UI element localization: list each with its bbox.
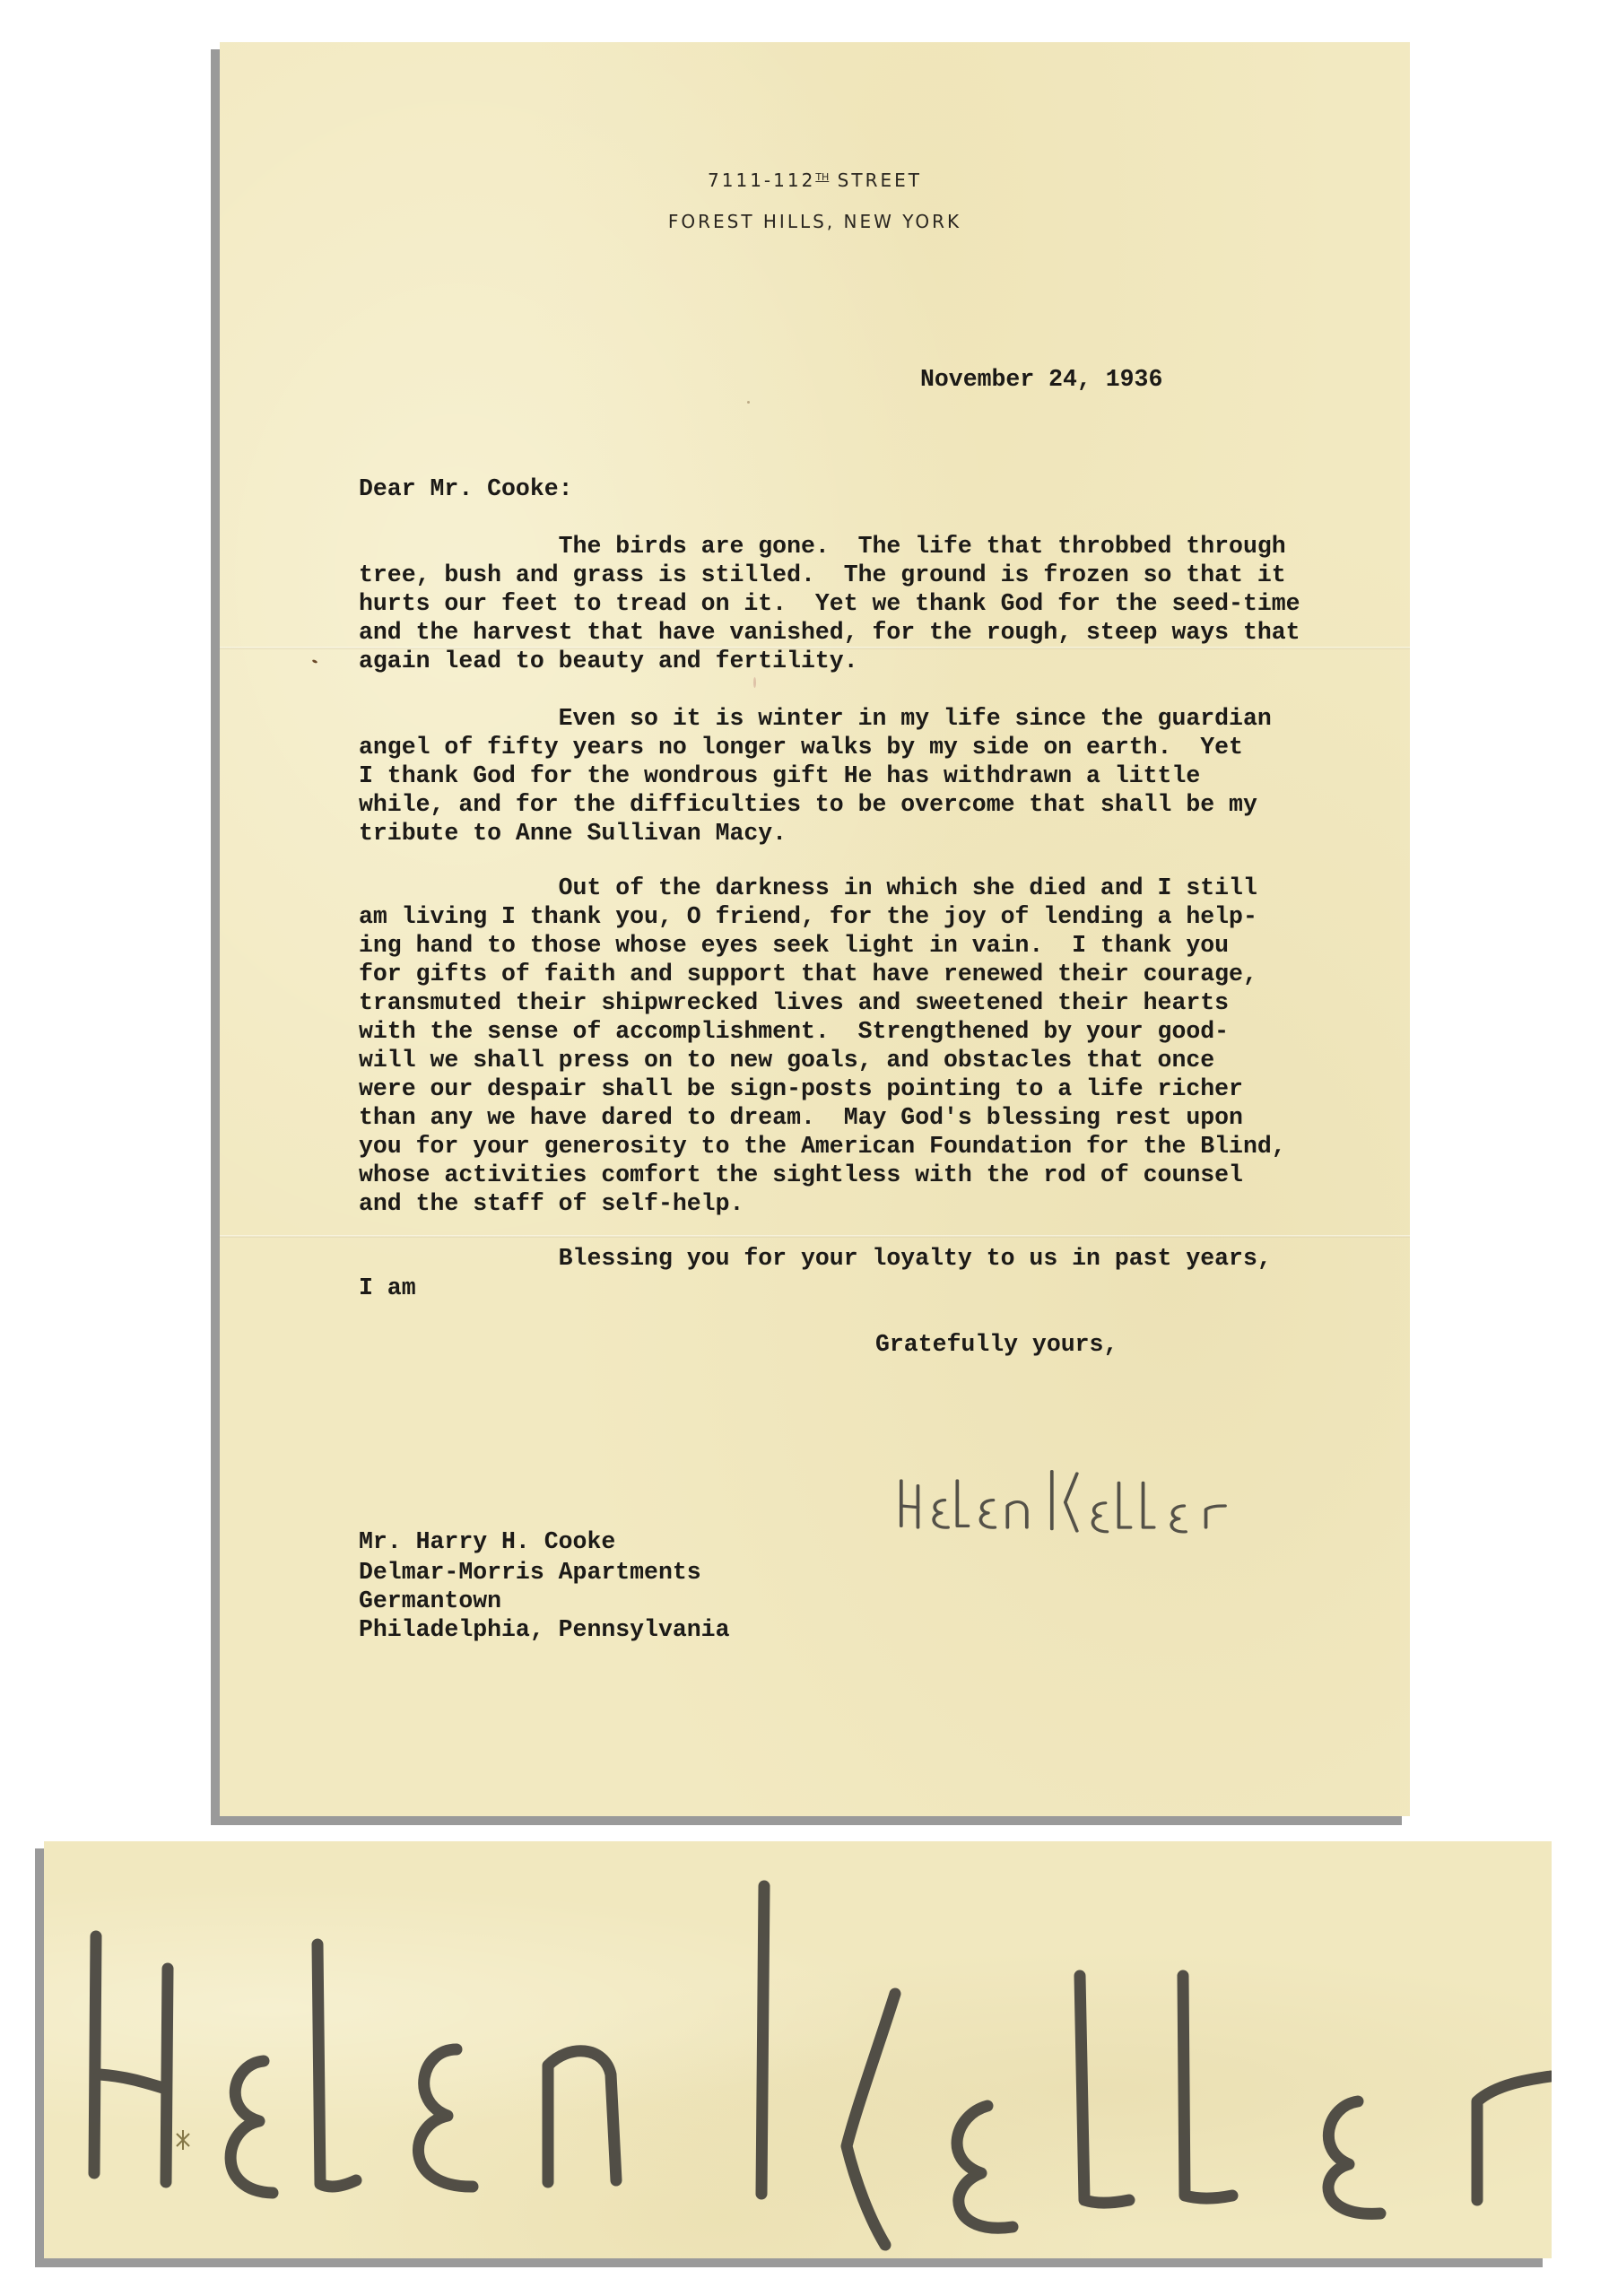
closeup-shadow-left	[35, 1848, 44, 2267]
paragraph-line: again lead to beauty and fertility.	[359, 647, 858, 675]
paragraph-line: hurts our feet to tread on it. Yet we th…	[359, 589, 1300, 618]
letter-date: November 24, 1936	[920, 365, 1162, 394]
paragraph-line: with the sense of accomplishment. Streng…	[359, 1017, 1229, 1046]
paper-mark	[753, 677, 756, 688]
paragraph-line: for gifts of faith and support that have…	[359, 960, 1257, 988]
paragraph-line: I am	[359, 1274, 416, 1302]
signature-closeup	[44, 1841, 1552, 2258]
letter-sheet: 7111-112TH STREET FOREST HILLS, NEW YORK…	[220, 42, 1410, 1816]
paragraph-line: am living I thank you, O friend, for the…	[359, 902, 1257, 931]
paragraph-line: and the harvest that have vanished, for …	[359, 618, 1300, 647]
paragraph-line: than any we have dared to dream. May God…	[359, 1103, 1243, 1132]
letterhead-ordinal-suffix: TH	[815, 171, 829, 183]
closing: Gratefully yours,	[875, 1330, 1118, 1359]
paragraph-line: tribute to Anne Sullivan Macy.	[359, 819, 787, 848]
paragraph-line: Even so it is winter in my life since th…	[359, 704, 1272, 733]
letterhead-street-number: 7111-112	[708, 170, 815, 191]
paragraph-line: angel of fifty years no longer walks by …	[359, 733, 1243, 761]
salutation: Dear Mr. Cooke:	[359, 474, 573, 503]
paragraph-line: ing hand to those whose eyes seek light …	[359, 931, 1229, 960]
paragraph-line: Out of the darkness in which she died an…	[359, 874, 1257, 902]
paragraph-line: transmuted their shipwrecked lives and s…	[359, 988, 1229, 1017]
letter-shadow-left	[211, 49, 220, 1818]
letterhead-street-name: STREET	[829, 170, 922, 191]
recipient-address-line: Germantown	[359, 1587, 501, 1615]
paragraph-line: The birds are gone. The life that throbb…	[359, 532, 1286, 561]
letter-shadow-bottom	[211, 1816, 1402, 1825]
signature-handwritten	[861, 1448, 1238, 1556]
letterhead-city: FOREST HILLS, NEW YORK	[220, 213, 1410, 230]
signature-closeup-panel	[44, 1841, 1552, 2258]
paragraph-line: were our despair shall be sign-posts poi…	[359, 1074, 1243, 1103]
paragraph-line: I thank God for the wondrous gift He has…	[359, 761, 1200, 790]
letterhead-street: 7111-112TH STREET	[220, 171, 1410, 189]
recipient-address-line: Mr. Harry H. Cooke	[359, 1527, 615, 1556]
paragraph-line: you for your generosity to the American …	[359, 1132, 1286, 1161]
paper-mark	[747, 401, 750, 404]
paragraph-line: whose activities comfort the sightless w…	[359, 1161, 1243, 1189]
paragraph-line: will we shall press on to new goals, and…	[359, 1046, 1214, 1074]
recipient-address-line: Delmar-Morris Apartments	[359, 1558, 701, 1587]
paragraph-line: Blessing you for your loyalty to us in p…	[359, 1244, 1272, 1273]
paragraph-line: tree, bush and grass is stilled. The gro…	[359, 561, 1286, 589]
paragraph-line: while, and for the difficulties to be ov…	[359, 790, 1257, 819]
paragraph-line: and the staff of self-help.	[359, 1189, 744, 1218]
closeup-shadow-bottom	[35, 2258, 1543, 2267]
fold-crease	[220, 1235, 1410, 1238]
paper-mark	[312, 659, 318, 664]
recipient-address-line: Philadelphia, Pennsylvania	[359, 1615, 729, 1644]
